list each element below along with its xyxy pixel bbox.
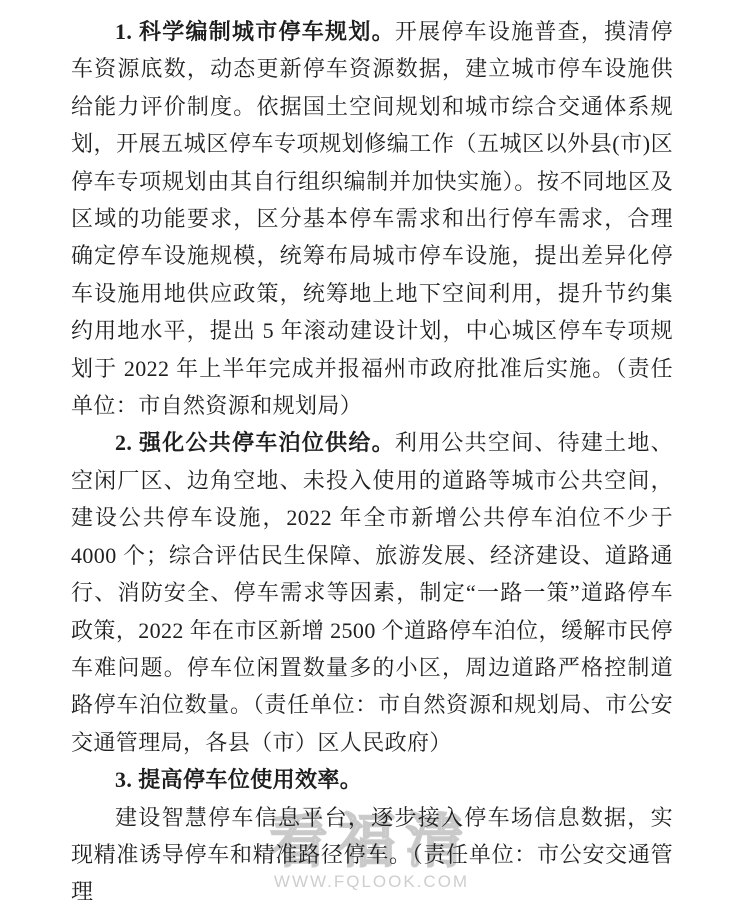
paragraph-4-text: 建设智慧停车信息平台，逐步接入停车场信息数据，实现精准诱导停车和精准路径停车。（… [71, 805, 673, 904]
paragraph-3-heading: 3. 提高停车位使用效率。 [115, 767, 362, 792]
paragraph-1-heading: 1. 科学编制城市停车规划。 [115, 19, 395, 44]
paragraph-2-text: 利用公共空间、待建土地、空闲厂区、边角空地、未投入使用的道路等城市公共空间，建设… [71, 430, 673, 754]
paragraph-1-text: 开展停车设施普查，摸清停车资源底数，动态更新停车资源数据，建立城市停车设施供给能… [71, 19, 673, 418]
paragraph-4: 建设智慧停车信息平台，逐步接入停车场信息数据，实现精准诱导停车和精准路径停车。（… [71, 799, 673, 904]
paragraph-1: 1. 科学编制城市停车规划。开展停车设施普查，摸清停车资源底数，动态更新停车资源… [71, 13, 673, 424]
paragraph-3: 3. 提高停车位使用效率。 [71, 761, 673, 798]
document-page: 看福清 WWW.FQLOOK.COM 1. 科学编制城市停车规划。开展停车设施普… [0, 0, 743, 904]
document-body: 1. 科学编制城市停车规划。开展停车设施普查，摸清停车资源底数，动态更新停车资源… [71, 13, 673, 904]
paragraph-2: 2. 强化公共停车泊位供给。利用公共空间、待建土地、空闲厂区、边角空地、未投入使… [71, 424, 673, 761]
paragraph-2-heading: 2. 强化公共停车泊位供给。 [115, 430, 395, 455]
